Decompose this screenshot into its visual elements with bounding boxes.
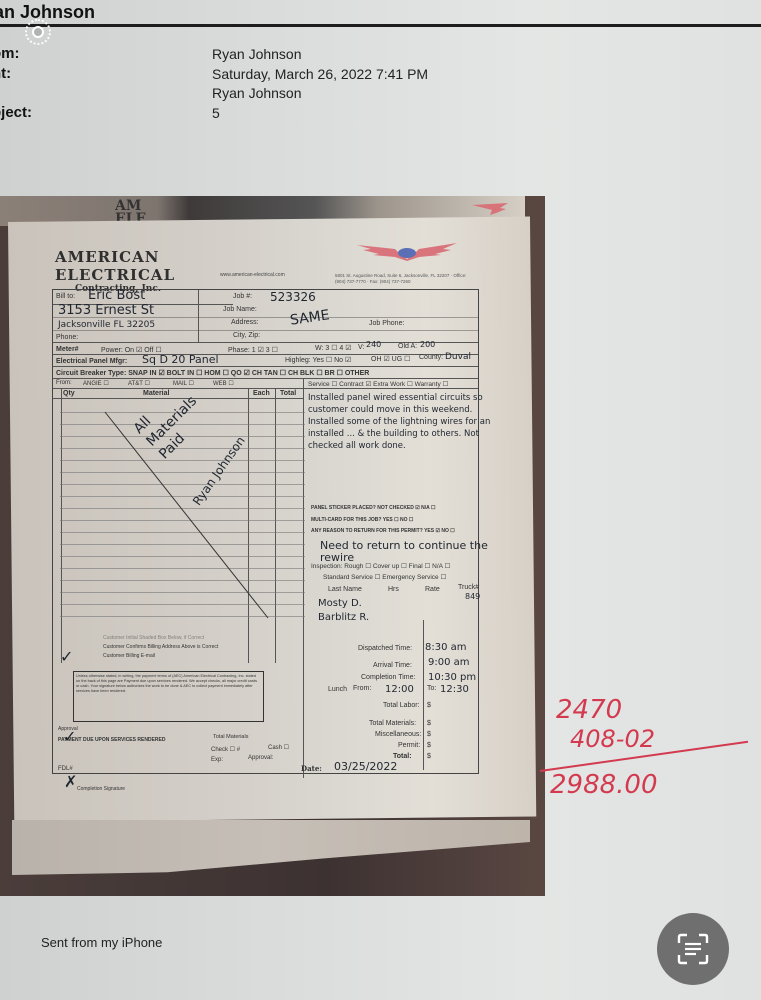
hw-initial-mark-2: ✓: [63, 727, 76, 746]
phone-label: Phone:: [56, 334, 78, 341]
dispatched-time-label: Dispatched Time:: [358, 645, 412, 652]
billing-initial-label: Customer Initial Shaded Box Below, if Co…: [103, 635, 204, 641]
job-name-label: Job Name:: [223, 306, 257, 313]
email-sender-title: an Johnson: [0, 2, 95, 23]
old-amps-label: Old A:: [398, 343, 417, 350]
service-type-options: Service ☐ Contract ☑ Extra Work ☐ Warran…: [308, 380, 448, 388]
sent-value: Saturday, March 26, 2022 7:41 PM: [212, 66, 428, 82]
touch-indicator-icon: [25, 19, 51, 45]
panel-sticker-label: PANEL STICKER PLACED? NOT CHECKED ☑ N/A …: [311, 505, 435, 511]
subject-label: bject:: [0, 104, 32, 121]
wire-label: W: 3 ☐ 4 ☑: [315, 344, 352, 352]
hw-job-number: 523326: [270, 290, 316, 304]
hw-initial-mark-1: ✓: [60, 647, 73, 666]
title-divider: [0, 24, 761, 27]
phase-label: Phase: 1 ☑ 3 ☐: [228, 346, 278, 354]
hw-work-description: Installed panel wired essential circuits…: [308, 392, 508, 452]
meter-label: Meter#: [56, 346, 79, 353]
sent-label: nt:: [0, 65, 11, 82]
from-value: Ryan Johnson: [212, 46, 302, 62]
grand-total-dollar: $: [427, 753, 431, 760]
hw-bill-to-street: 3153 Ernest St: [58, 303, 154, 318]
total-header: Total: [280, 390, 296, 397]
red-calc-line-1: 2470: [556, 695, 622, 725]
highleg-label: Highleg: Yes ☐ No ☑: [285, 356, 351, 364]
volts-label: V:: [358, 344, 364, 351]
job-phone-label: Job Phone:: [369, 320, 404, 327]
payment-terms: Unless otherwise stated, in writing, the…: [73, 671, 264, 722]
billing-email-label: Customer Billing E-mail: [103, 653, 155, 659]
scan-text-icon: [675, 931, 711, 967]
permit-dollar: $: [427, 742, 431, 749]
hw-bill-to-city: Jacksonville FL 32205: [58, 320, 155, 330]
to-value: Ryan Johnson: [212, 85, 302, 101]
city-zip-label: City, Zip:: [233, 332, 260, 339]
cash-option: Cash ☐: [268, 744, 289, 751]
crew-last-name-header: Last Name: [328, 586, 362, 593]
hw-arrival-time: 9:00 am: [428, 657, 470, 668]
total-materials-short-label: Total Materials: [213, 734, 248, 740]
red-calc-line-2: 408-02: [570, 725, 655, 753]
hw-return-note: Need to return to continue the rewire: [320, 540, 490, 564]
qty-header: Qty: [63, 390, 75, 397]
from-option-angie: ANGIE ☐: [83, 380, 109, 387]
hw-crew-name-1: Mosty D.: [318, 598, 362, 609]
hw-volts: 240: [366, 340, 381, 349]
hw-panel-mfg: Sq D 20 Panel: [142, 353, 219, 366]
completion-time-label: Completion Time:: [361, 674, 415, 681]
hw-date: 03/25/2022: [334, 760, 397, 773]
eagle-logo-icon: [357, 243, 457, 261]
from-option-web: WEB ☐: [213, 380, 234, 387]
hw-bill-to-name: Eric Bost: [88, 288, 145, 303]
multi-card-label: MULTI-CARD FOR THIS JOB? YES ☐ NO ☐: [311, 517, 413, 523]
total-labor-label: Total Labor:: [383, 702, 420, 709]
job-number-label: Job #:: [233, 293, 252, 300]
hw-lunch-to: 12:30: [440, 684, 469, 695]
crew-rate-header: Rate: [425, 586, 440, 593]
bill-to-label: Bill to:: [56, 293, 75, 300]
date-label: Date:: [301, 764, 322, 773]
address-label: Address:: [231, 319, 259, 326]
total-materials-label: Total Materials:: [369, 720, 416, 727]
lunch-to-label: To:: [427, 685, 436, 692]
email-signature: Sent from my iPhone: [41, 935, 162, 950]
completion-signature-label: Completion Signature: [77, 786, 125, 792]
exp-label: Exp:: [211, 757, 223, 763]
panel-mfg-label: Electrical Panel Mfgr:: [56, 358, 127, 365]
lunch-from-label: From:: [353, 685, 371, 692]
hw-crew-truck-1: 849: [465, 592, 480, 601]
email-header: an Johnson om: Ryan Johnson nt: Saturday…: [0, 0, 761, 130]
hw-county: Duval: [445, 352, 471, 362]
total-labor-dollar: $: [427, 702, 431, 709]
miscellaneous-label: Miscellaneous:: [375, 731, 421, 738]
service-urgency-label: Standard Service ☐ Emergency Service ☐: [323, 573, 446, 581]
logo-line-1: AMERICAN: [55, 248, 175, 266]
hw-old-amps: 200: [420, 340, 435, 349]
company-website: www.american-electrical.com: [220, 272, 285, 278]
grand-total-label: Total:: [393, 753, 412, 760]
hw-completion-time: 10:30 pm: [428, 672, 476, 683]
total-materials-dollar: $: [427, 720, 431, 727]
oh-ug-label: OH ☑ UG ☐: [371, 355, 410, 363]
hw-crew-name-2: Barblitz R.: [318, 612, 369, 623]
from-option-att: AT&T ☐: [128, 380, 150, 387]
red-calc-total: 2988.00: [550, 770, 658, 800]
from-label: om:: [0, 45, 20, 62]
eagle-logo-fragment-icon: [470, 202, 510, 216]
logo-line-2: ELECTRICAL: [55, 266, 175, 284]
hw-lunch-from: 12:00: [385, 684, 414, 695]
from-source-label: From:: [56, 380, 72, 386]
misc-dollar: $: [427, 731, 431, 738]
hw-initial-mark-3: ✗: [64, 772, 77, 791]
breaker-type-label: Circuit Breaker Type: SNAP IN ☑ BOLT IN …: [56, 369, 369, 377]
permit-label: Permit:: [398, 742, 420, 749]
lunch-label: Lunch: [328, 686, 347, 693]
crew-hours-header: Hrs: [388, 586, 399, 593]
county-label: County:: [419, 354, 443, 361]
approval-code-label: Approval:: [248, 755, 273, 761]
subject-value: 5: [212, 105, 220, 121]
scan-text-button[interactable]: [657, 913, 729, 985]
check-option: Check ☐ #: [211, 746, 240, 753]
company-address: 5801 St. Augustine Road, Suite 6, Jackso…: [335, 273, 475, 285]
each-header: Each: [253, 390, 270, 397]
crew-truck-header: Truck#: [458, 584, 479, 591]
billing-confirm-label: Customer Confirms Billing Address Above …: [103, 644, 218, 650]
arrival-time-label: Arrival Time:: [373, 662, 412, 669]
hw-dispatched-time: 8:30 am: [425, 642, 467, 653]
return-reason-label: ANY REASON TO RETURN FOR THIS PERMIT? YE…: [311, 528, 455, 534]
